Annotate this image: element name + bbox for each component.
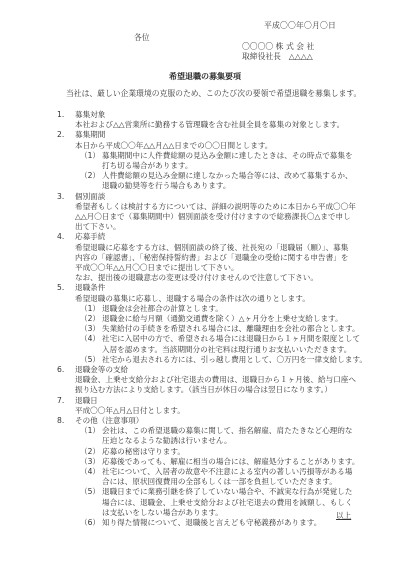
list-item-number: （4） bbox=[80, 334, 102, 344]
document-date: 平成〇〇年〇月〇日 bbox=[264, 21, 336, 31]
list-item-continuation: 打ち切る場合があります。 bbox=[57, 161, 357, 171]
section-number: 6. bbox=[57, 365, 75, 375]
list-item-text: 社宅に入居中の方で、希望される場合には退職日から１ヶ月間を限度として bbox=[102, 334, 360, 343]
section-paragraph-line: 希望退職に応募をする方は、個別面談の終了後、社長宛の「退職届（願）」、募集 bbox=[57, 243, 357, 253]
section-7: 7.退職日平成〇〇年△月△日付とします。 bbox=[57, 396, 357, 416]
addressee: 各位 bbox=[134, 33, 150, 43]
section-heading-text: 応募手続 bbox=[75, 232, 105, 241]
section-heading-text: その他（注意事項） bbox=[75, 416, 143, 425]
list-item: （1）募集期間中に人件費総額の見込み金額に達したときは、その時点で募集を bbox=[57, 151, 357, 161]
section-number: 1. bbox=[57, 110, 75, 120]
list-item-number: （1） bbox=[80, 151, 102, 161]
list-item-text: 知り得た情報について、退職後と言えども守秘義務があります。 bbox=[102, 518, 321, 527]
list-item-number: （1） bbox=[80, 304, 102, 314]
list-item: （3）応募後であっても、解雇に相当の場合には、解雇処分することがあります。 bbox=[57, 457, 357, 467]
section-3: 3.個別面談希望者もしくは検討する方については、詳細の説明等のために本日から平成… bbox=[57, 192, 357, 233]
section-heading: 8.その他（注意事項） bbox=[57, 416, 357, 426]
section-1: 1.募集対象本社および△△営業所に勤務する管理職を含む社員全員を募集の対象としま… bbox=[57, 110, 357, 130]
section-heading: 5.退職条件 bbox=[57, 283, 357, 293]
section-paragraph-line: 希望退職の募集に応募し、退職する場合の条件は次の通りとします。 bbox=[57, 294, 357, 304]
list-item-text: 応募後であっても、解雇に相当の場合には、解雇処分することがあります。 bbox=[102, 457, 360, 466]
list-item-continuation: 入居を認めます。当該期間分の社宅料は現行通りお支払いいただきます。 bbox=[57, 345, 357, 355]
list-item-number: （5） bbox=[80, 487, 102, 497]
intro-paragraph: 当社は、厳しい企業環境の克服のため、このたび次の要領で希望退職を募集します。 bbox=[66, 89, 361, 99]
list-item-text: 失業給付の手続きを希望される場合には、離職理由を会社の都合とします。 bbox=[102, 324, 360, 333]
list-item-number: （2） bbox=[80, 171, 102, 181]
list-item-number: （2） bbox=[80, 314, 102, 324]
list-item-text: 圧迫となるような勧誘は行いません。 bbox=[80, 436, 232, 445]
sender-block: 〇〇〇〇 株 式 会 社 取締役社長 △△△△ bbox=[242, 42, 314, 62]
section-heading: 7.退職日 bbox=[57, 396, 357, 406]
section-number: 7. bbox=[57, 396, 75, 406]
list-item-text: 会社は、この希望退職の募集に関して、指名解雇、肩たたきなど心理的な bbox=[102, 426, 352, 435]
list-item: （4）社宅に入居中の方で、希望される場合には退職日から１ヶ月間を限度として bbox=[57, 334, 357, 344]
section-paragraph-line: 本社および△△営業所に勤務する管理職を含む社員全員を募集の対象とします。 bbox=[57, 120, 357, 130]
list-item-continuation: 場合には、退職金、上乗せ支給分および社宅退去の費用を減額し、もしく bbox=[57, 498, 357, 508]
section-heading-text: 退職日 bbox=[75, 396, 98, 405]
section-5: 5.退職条件希望退職の募集に応募し、退職する場合の条件は次の通りとします。（1）… bbox=[57, 283, 357, 365]
section-paragraph-line: 平成〇〇年△月△日付とします。 bbox=[57, 406, 357, 416]
section-6: 6.退職金等の支給退職金、上乗せ支給分および社宅退去の費用は、退職日から１ヶ月後… bbox=[57, 365, 357, 396]
section-number: 5. bbox=[57, 283, 75, 293]
section-number: 3. bbox=[57, 192, 75, 202]
section-paragraph-line: 平成〇〇年△△月〇〇日までに提出して下さい。 bbox=[57, 263, 357, 273]
list-item-number: （4） bbox=[80, 467, 102, 477]
list-item: （2）人件費総額の見込み金額に達しなかった場合等には、改めて募集するか、 bbox=[57, 171, 357, 181]
list-item-text: 打ち切る場合があります。 bbox=[80, 161, 193, 170]
list-item-continuation: 圧迫となるような勧誘は行いません。 bbox=[57, 436, 357, 446]
list-item: （1）会社は、この希望退職の募集に関して、指名解雇、肩たたきなど心理的な bbox=[57, 426, 357, 436]
section-heading: 1.募集対象 bbox=[57, 110, 357, 120]
list-item-number: （2） bbox=[80, 447, 102, 457]
list-item-text: 合には、原状回復費用の全部もしくは一部を負担していただきます。 bbox=[80, 477, 337, 486]
section-heading-text: 募集対象 bbox=[75, 110, 105, 119]
company-name: 〇〇〇〇 株 式 会 社 bbox=[242, 42, 314, 52]
list-item-number: （3） bbox=[80, 457, 102, 467]
list-item-text: 募集期間中に人件費総額の見込み金額に達したときは、その時点で募集を bbox=[102, 151, 353, 160]
section-number: 2. bbox=[57, 130, 75, 140]
list-item-text: 退職日までに業務引継を終了していない場合や、不誠実な行為が発覚した bbox=[102, 487, 352, 496]
list-item-text: は支払いをしない場合があります。 bbox=[80, 508, 223, 517]
list-item-number: （1） bbox=[80, 426, 102, 436]
section-paragraph-line: 出て下さい。 bbox=[57, 222, 357, 232]
section-heading: 4.応募手続 bbox=[57, 232, 357, 242]
signatory: 取締役社長 △△△△ bbox=[242, 52, 314, 62]
section-8: 8.その他（注意事項）（1）会社は、この希望退職の募集に関して、指名解雇、肩たた… bbox=[57, 416, 357, 528]
section-number: 8. bbox=[57, 416, 75, 426]
list-item: （2）応募の秘密は守ります。 bbox=[57, 447, 357, 457]
list-item-number: （5） bbox=[80, 355, 102, 365]
list-item-text: 入居を認めます。当該期間分の社宅料は現行通りお支払いいただきます。 bbox=[80, 345, 351, 354]
list-item-text: 人件費総額の見込み金額に達しなかった場合等には、改めて募集するか、 bbox=[102, 171, 353, 180]
list-item-text: 退職の勧奨等を行う場合もあります。 bbox=[80, 181, 230, 190]
list-item-text: 応募の秘密は守ります。 bbox=[102, 447, 185, 456]
list-item-number: （3） bbox=[80, 324, 102, 334]
list-item-text: 退職金に給与月額（通勤交通費を除く）△ヶ月分を上乗せ支給します。 bbox=[102, 314, 343, 323]
section-2: 2.募集期間本日から平成〇〇年△△月△△日までの〇〇日間とします。（1）募集期間… bbox=[57, 130, 357, 191]
list-item-text: 社宅から退去される方には、引っ越し費用として、〇万円を一律支給します。 bbox=[102, 355, 367, 364]
list-item: （1）退職金は会社都合の計算とします。 bbox=[57, 304, 357, 314]
section-paragraph-line: 退職金、上乗せ支給分および社宅退去の費用は、退職日から１ヶ月後、給与口座へ bbox=[57, 375, 357, 385]
section-paragraph-line: △△月〇日まで（募集期間中）個別面談を受け付けますので総務課長〇△まで申し bbox=[57, 212, 357, 222]
list-item-text: 場合には、退職金、上乗せ支給分および社宅退去の費用を減額し、もしく bbox=[80, 498, 353, 507]
section-heading-text: 退職条件 bbox=[75, 283, 105, 292]
document-page: 平成〇〇年〇月〇日 各位 〇〇〇〇 株 式 会 社 取締役社長 △△△△ 希望退… bbox=[0, 0, 410, 580]
sections-body: 1.募集対象本社および△△営業所に勤務する管理職を含む社員全員を募集の対象としま… bbox=[57, 110, 357, 528]
list-item: （2）退職金に給与月額（通勤交通費を除く）△ヶ月分を上乗せ支給します。 bbox=[57, 314, 357, 324]
list-item: （5）退職日までに業務引継を終了していない場合や、不誠実な行為が発覚した bbox=[57, 487, 357, 497]
section-heading-text: 個別面談 bbox=[75, 192, 105, 201]
document-title: 希望退職の募集要項 bbox=[0, 72, 410, 82]
section-heading-text: 退職金等の支給 bbox=[75, 365, 128, 374]
section-paragraph-line: 振り込む方法により支給します。（該当日が休日の場合は翌日になります。） bbox=[57, 385, 357, 395]
section-paragraph-line: 内容の「確認書」、「秘密保持誓約書」および「退職金の受給に関する申告書」を bbox=[57, 253, 357, 263]
list-item-continuation: 合には、原状回復費用の全部もしくは一部を負担していただきます。 bbox=[57, 477, 357, 487]
list-item: （5）社宅から退去される方には、引っ越し費用として、〇万円を一律支給します。 bbox=[57, 355, 357, 365]
section-heading: 2.募集期間 bbox=[57, 130, 357, 140]
section-number: 4. bbox=[57, 232, 75, 242]
section-paragraph-line: 本日から平成〇〇年△△月△△日までの〇〇日間とします。 bbox=[57, 141, 357, 151]
section-heading: 3.個別面談 bbox=[57, 192, 357, 202]
list-item-continuation: は支払いをしない場合があります。 bbox=[57, 508, 357, 518]
section-paragraph-line: 希望者もしくは検討する方については、詳細の説明等のために本日から平成〇〇年 bbox=[57, 202, 357, 212]
list-item: （3）失業給付の手続きを希望される場合には、離職理由を会社の都合とします。 bbox=[57, 324, 357, 334]
closing-mark: 以上 bbox=[336, 511, 351, 521]
section-paragraph-line: なお、提出後の退職意志の変更は受け付けませんので注意して下さい。 bbox=[57, 273, 357, 283]
list-item-continuation: 退職の勧奨等を行う場合もあります。 bbox=[57, 181, 357, 191]
section-heading-text: 募集期間 bbox=[75, 130, 105, 139]
list-item: （4）社宅について、入居者の故意や不注意による室内の著しい汚損等がある場 bbox=[57, 467, 357, 477]
list-item: （6）知り得た情報について、退職後と言えども守秘義務があります。 bbox=[57, 518, 357, 528]
section-heading: 6.退職金等の支給 bbox=[57, 365, 357, 375]
list-item-number: （6） bbox=[80, 518, 102, 528]
section-4: 4.応募手続希望退職に応募をする方は、個別面談の終了後、社長宛の「退職届（願）」… bbox=[57, 232, 357, 283]
list-item-text: 社宅について、入居者の故意や不注意による室内の著しい汚損等がある場 bbox=[102, 467, 352, 476]
list-item-text: 退職金は会社都合の計算とします。 bbox=[102, 304, 223, 313]
